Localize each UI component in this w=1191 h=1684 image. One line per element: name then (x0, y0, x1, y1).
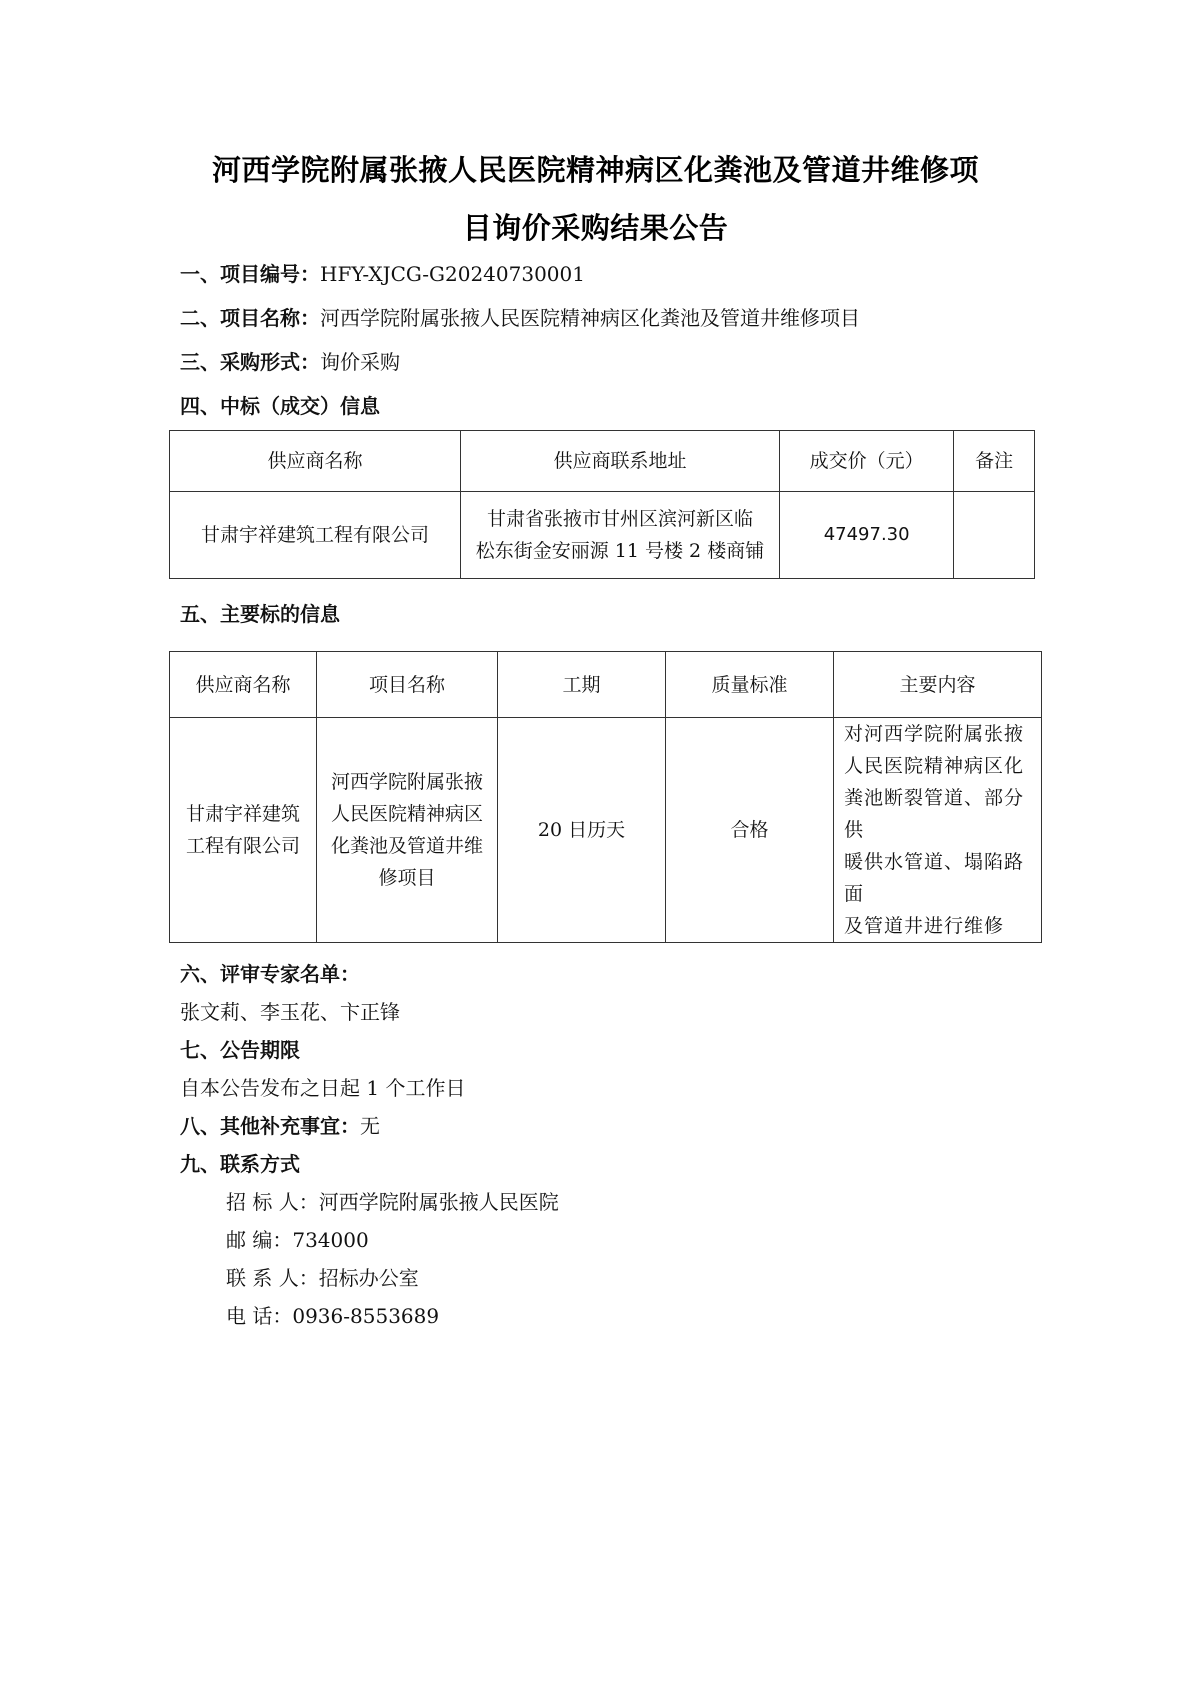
project-number-line: 一、项目编号：HFY-XJCG-G20240730001 (180, 260, 585, 288)
award-note-cell (954, 492, 1035, 579)
contact-postcode: 邮 编：734000 (226, 1226, 369, 1254)
award-header-price: 成交价（元） (779, 431, 953, 492)
subject-project-line: 人民医院精神病区 (323, 798, 491, 830)
project-name-line: 二、项目名称：河西学院附属张掖人民医院精神病区化粪池及管道井维修项目 (180, 304, 860, 332)
contact-tenderer-label: 招 标 人： (226, 1190, 319, 1214)
subject-content-line: 粪池断裂管道、部分供 (844, 782, 1035, 846)
announcement-period-heading: 七、公告期限 (180, 1036, 300, 1064)
subject-info-heading: 五、主要标的信息 (180, 600, 340, 628)
project-name-label: 二、项目名称： (180, 306, 320, 330)
subject-supplier-line: 工程有限公司 (176, 830, 310, 862)
subject-project-line: 化粪池及管道井维 (323, 830, 491, 862)
project-number-label: 一、项目编号： (180, 262, 320, 286)
award-header-supplier: 供应商名称 (170, 431, 461, 492)
document-title-line2: 目询价采购结果公告 (0, 206, 1191, 247)
contact-person-value: 招标办公室 (319, 1266, 419, 1290)
procurement-method-value: 询价采购 (320, 350, 400, 374)
subject-header-project: 项目名称 (317, 652, 498, 718)
contact-person-label: 联 系 人： (226, 1266, 319, 1290)
award-table-header-row: 供应商名称 供应商联系地址 成交价（元） 备注 (170, 431, 1035, 492)
contact-person: 联 系 人：招标办公室 (226, 1264, 419, 1292)
award-info-heading: 四、中标（成交）信息 (180, 392, 380, 420)
award-price-cell: 47497.30 (779, 492, 953, 579)
award-table: 供应商名称 供应商联系地址 成交价（元） 备注 甘肃宇祥建筑工程有限公司 甘肃省… (169, 430, 1035, 579)
contact-heading: 九、联系方式 (180, 1150, 300, 1178)
other-matters-label: 八、其他补充事宜： (180, 1114, 360, 1138)
subject-header-duration: 工期 (498, 652, 666, 718)
project-number-value: HFY-XJCG-G20240730001 (320, 262, 585, 286)
subject-quality-cell: 合格 (666, 718, 834, 943)
award-header-address: 供应商联系地址 (461, 431, 780, 492)
procurement-method-label: 三、采购形式： (180, 350, 320, 374)
subject-project-line: 河西学院附属张掖 (323, 766, 491, 798)
announcement-page: 河西学院附属张掖人民医院精神病区化粪池及管道井维修项 目询价采购结果公告 一、项… (0, 0, 1191, 1684)
subject-header-content: 主要内容 (834, 652, 1042, 718)
subject-table: 供应商名称 项目名称 工期 质量标准 主要内容 甘肃宇祥建筑 工程有限公司 河西… (169, 651, 1042, 943)
contact-tenderer-value: 河西学院附属张掖人民医院 (319, 1190, 559, 1214)
award-header-note: 备注 (954, 431, 1035, 492)
document-title-line1: 河西学院附属张掖人民医院精神病区化粪池及管道井维修项 (0, 148, 1191, 189)
award-supplier-cell: 甘肃宇祥建筑工程有限公司 (170, 492, 461, 579)
contact-phone: 电 话：0936-8553689 (226, 1302, 439, 1330)
subject-project-cell: 河西学院附属张掖 人民医院精神病区 化粪池及管道井维 修项目 (317, 718, 498, 943)
procurement-method-line: 三、采购形式：询价采购 (180, 348, 400, 376)
subject-project-line: 修项目 (323, 862, 491, 894)
other-matters-value: 无 (360, 1114, 380, 1138)
announcement-period-text: 自本公告发布之日起 1 个工作日 (180, 1076, 465, 1100)
contact-phone-label: 电 话： (226, 1304, 292, 1328)
subject-header-quality: 质量标准 (666, 652, 834, 718)
subject-duration-cell: 20 日历天 (498, 718, 666, 943)
award-address-cell: 甘肃省张掖市甘州区滨河新区临 松东街金安丽源 11 号楼 2 楼商铺 (461, 492, 780, 579)
subject-content-line: 暖供水管道、塌陷路面 (844, 846, 1035, 910)
project-name-value: 河西学院附属张掖人民医院精神病区化粪池及管道井维修项目 (320, 306, 860, 330)
announcement-period-value: 自本公告发布之日起 1 个工作日 (180, 1074, 465, 1102)
table-row: 甘肃宇祥建筑 工程有限公司 河西学院附属张掖 人民医院精神病区 化粪池及管道井维… (170, 718, 1042, 943)
award-address-line1: 甘肃省张掖市甘州区滨河新区临 (467, 503, 773, 535)
subject-content-line: 及管道井进行维修 (844, 910, 1035, 942)
contact-postcode-label: 邮 编： (226, 1228, 292, 1252)
subject-content-cell: 对河西学院附属张掖 人民医院精神病区化 粪池断裂管道、部分供 暖供水管道、塌陷路… (834, 718, 1042, 943)
subject-table-header-row: 供应商名称 项目名称 工期 质量标准 主要内容 (170, 652, 1042, 718)
review-experts-value: 张文莉、李玉花、卞正锋 (180, 998, 400, 1026)
review-experts-names: 张文莉、李玉花、卞正锋 (180, 1000, 400, 1024)
contact-tenderer: 招 标 人：河西学院附属张掖人民医院 (226, 1188, 559, 1216)
subject-supplier-line: 甘肃宇祥建筑 (176, 798, 310, 830)
other-matters-line: 八、其他补充事宜：无 (180, 1112, 380, 1140)
subject-supplier-cell: 甘肃宇祥建筑 工程有限公司 (170, 718, 317, 943)
review-experts-heading: 六、评审专家名单： (180, 960, 360, 988)
contact-phone-value: 0936-8553689 (292, 1304, 439, 1328)
contact-postcode-value: 734000 (292, 1228, 368, 1252)
award-address-line2: 松东街金安丽源 11 号楼 2 楼商铺 (467, 535, 773, 567)
table-row: 甘肃宇祥建筑工程有限公司 甘肃省张掖市甘州区滨河新区临 松东街金安丽源 11 号… (170, 492, 1035, 579)
subject-header-supplier: 供应商名称 (170, 652, 317, 718)
subject-content-line: 对河西学院附属张掖 (844, 718, 1035, 750)
subject-content-line: 人民医院精神病区化 (844, 750, 1035, 782)
